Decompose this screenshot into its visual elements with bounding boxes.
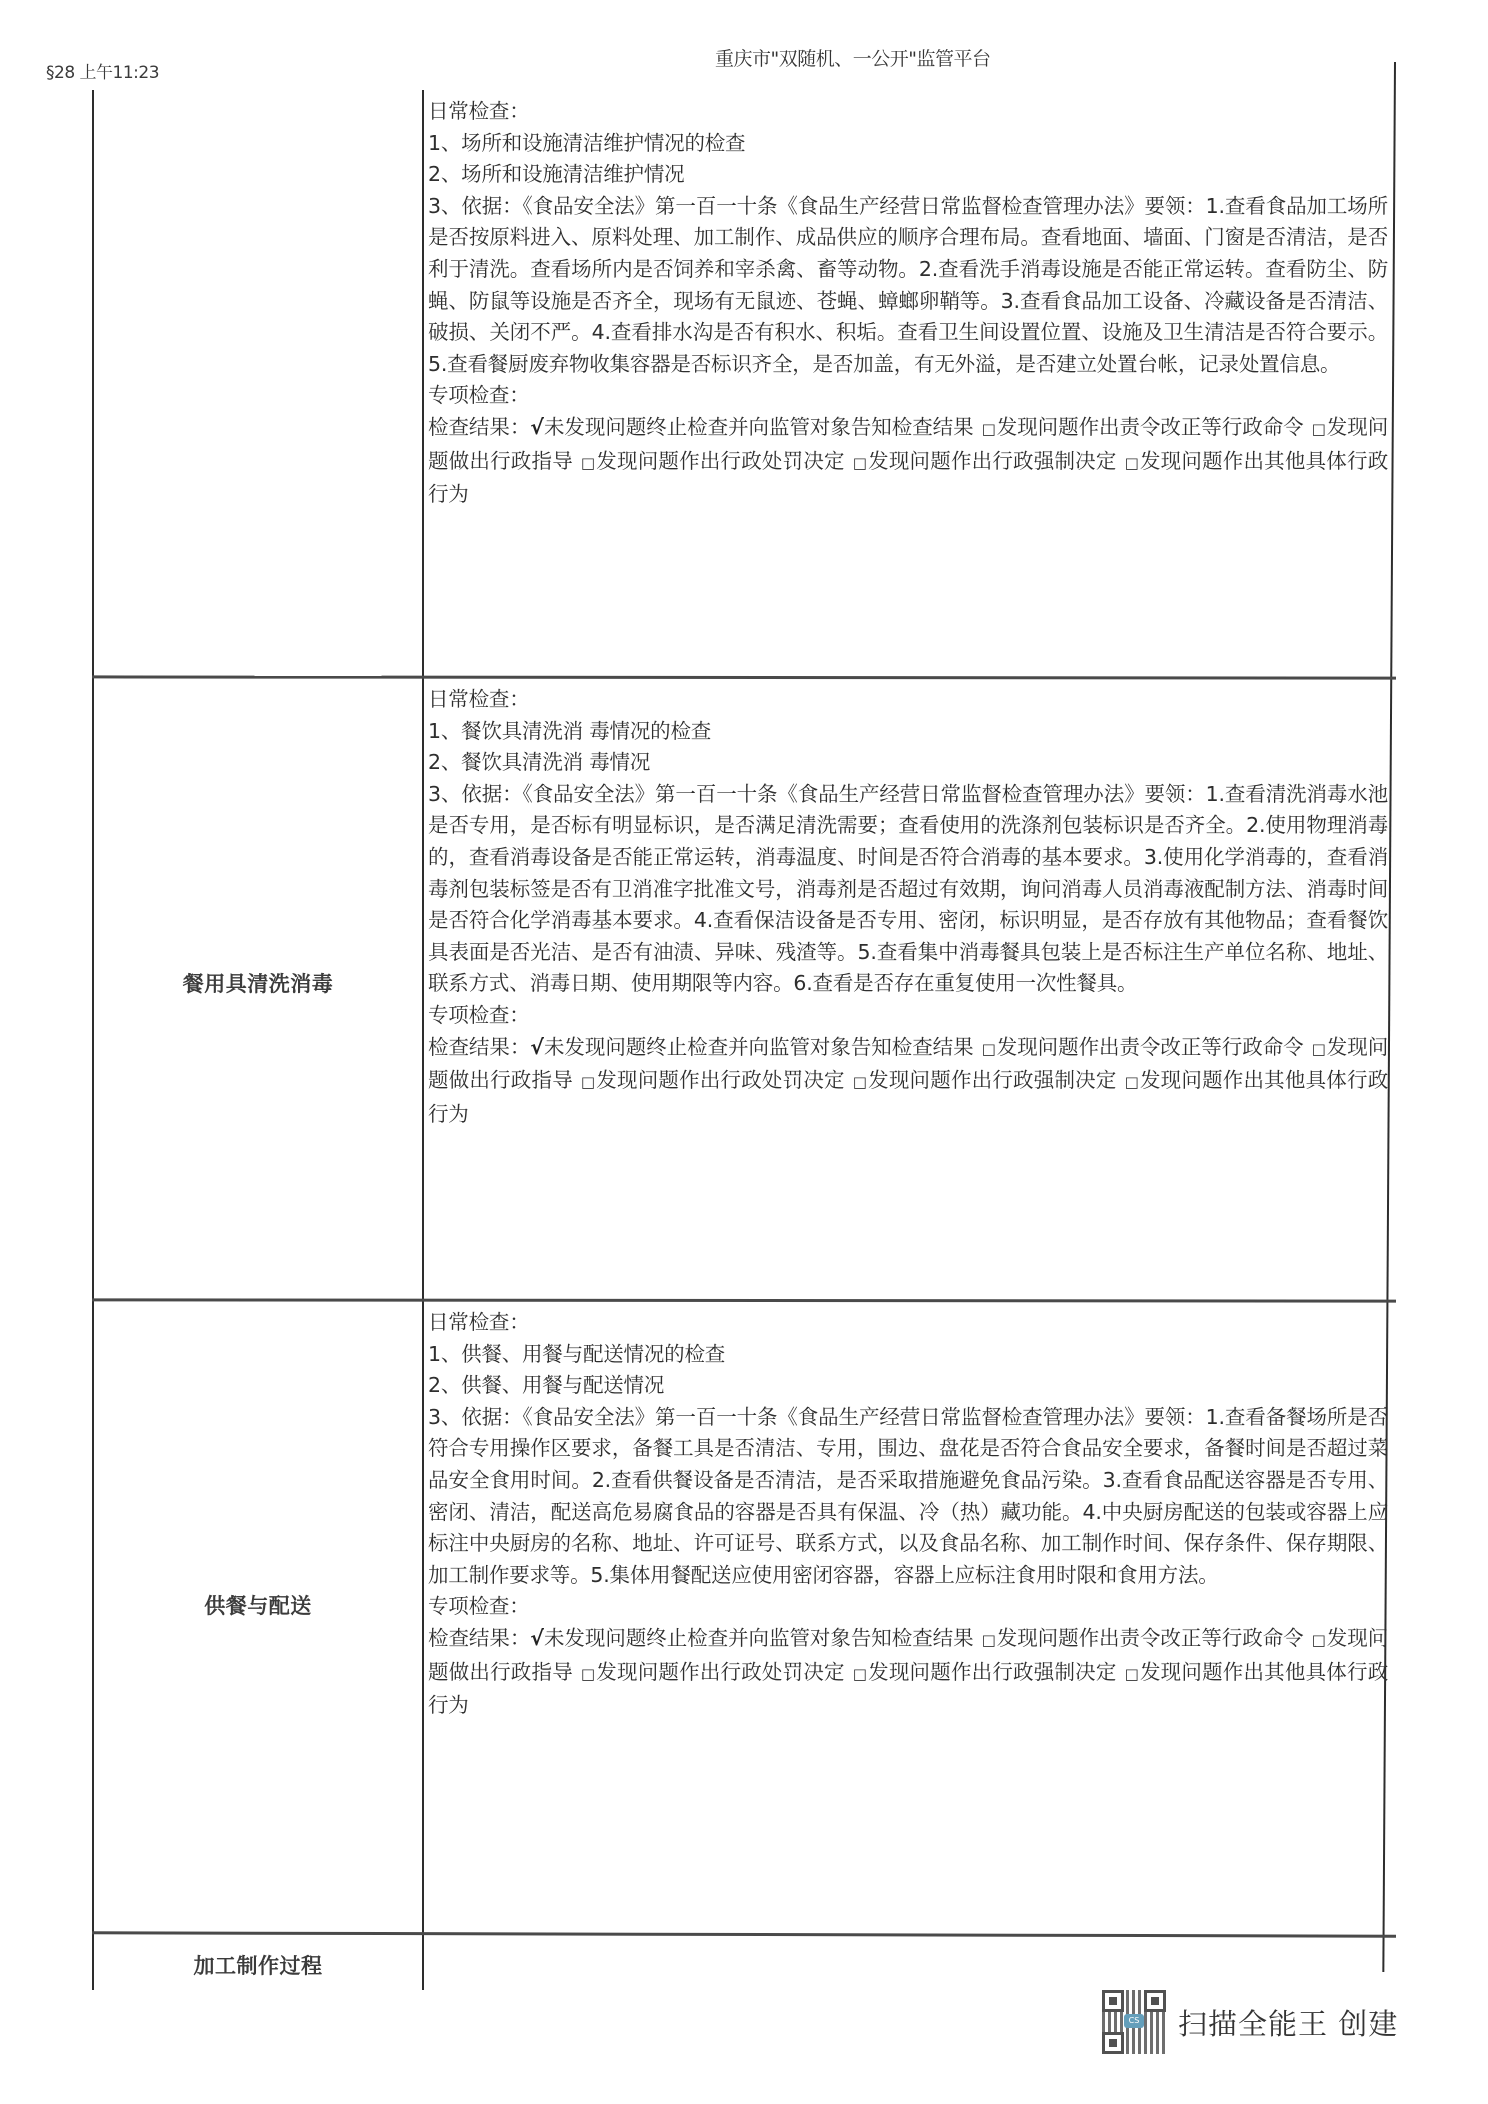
result-option[interactable]: □发现问题作出行政处罚决定: [573, 1660, 845, 1684]
row-label: 加工制作过程: [94, 1950, 422, 1980]
check-item: 1、餐饮具清洗消 毒情况的检查: [428, 716, 1388, 748]
checkbox-empty-icon[interactable]: □: [853, 448, 867, 480]
checkbox-empty-icon[interactable]: □: [853, 1659, 867, 1691]
routine-check-heading: 日常检查：: [428, 684, 1388, 716]
camscanner-logo-icon: CS: [1124, 2014, 1144, 2028]
checkbox-checked-icon[interactable]: √: [530, 1626, 543, 1650]
checkbox-empty-icon[interactable]: □: [1125, 1659, 1139, 1691]
checkbox-empty-icon[interactable]: □: [581, 448, 595, 480]
routine-check-heading: 日常检查：: [428, 1307, 1388, 1339]
result-option-label: 发现问题作出责令改正等行政命令: [997, 415, 1304, 439]
result-option-label: 发现问题作出责令改正等行政命令: [997, 1626, 1304, 1650]
checkbox-empty-icon[interactable]: □: [1125, 448, 1139, 480]
table-border-left: [92, 90, 94, 1990]
result-option-label: 未发现问题终止检查并向监管对象告知检查结果: [544, 1035, 974, 1059]
result-option-label: 发现问题作出责令改正等行政命令: [997, 1035, 1304, 1059]
check-basis: 3、依据：《食品安全法》第一百一十条《食品生产经营日常监督检查管理办法》要领：1…: [428, 779, 1388, 1000]
result-label: 检查结果：: [428, 415, 530, 439]
row-content: 日常检查：1、场所和设施清洁维护情况的检查2、场所和设施清洁维护情况3、依据：《…: [428, 96, 1388, 511]
result-label: 检查结果：: [428, 1035, 530, 1059]
result-option[interactable]: □发现问题作出责令改正等行政命令: [974, 415, 1304, 439]
table-column-divider: [422, 90, 424, 1990]
checkbox-empty-icon[interactable]: □: [853, 1067, 867, 1099]
inspection-table: 日常检查：1、场所和设施清洁维护情况的检查2、场所和设施清洁维护情况3、依据：《…: [92, 90, 1488, 1990]
check-item: 2、餐饮具清洗消 毒情况: [428, 747, 1388, 779]
qr-code-icon: CS: [1102, 1990, 1166, 2054]
checkbox-empty-icon[interactable]: □: [982, 414, 996, 446]
checkbox-empty-icon[interactable]: □: [1312, 1625, 1326, 1657]
result-option[interactable]: □发现问题作出行政处罚决定: [573, 449, 845, 473]
row-divider: [92, 1298, 1396, 1302]
checkbox-empty-icon[interactable]: □: [581, 1659, 595, 1691]
inspection-result: 检查结果：√未发现问题终止检查并向监管对象告知检查结果□发现问题作出责令改正等行…: [428, 1623, 1388, 1722]
special-check-heading: 专项检查：: [428, 380, 1388, 412]
result-option-label: 发现问题作出行政强制决定: [868, 1068, 1117, 1092]
check-item: 1、场所和设施清洁维护情况的检查: [428, 128, 1388, 160]
checkbox-checked-icon[interactable]: √: [530, 1035, 543, 1059]
result-option-label: 未发现问题终止检查并向监管对象告知检查结果: [544, 1626, 974, 1650]
check-item: 1、供餐、用餐与配送情况的检查: [428, 1339, 1388, 1371]
row-label: 供餐与配送: [94, 1590, 422, 1620]
special-check-heading: 专项检查：: [428, 1591, 1388, 1623]
routine-check-heading: 日常检查：: [428, 96, 1388, 128]
row-content: 日常检查：1、餐饮具清洗消 毒情况的检查2、餐饮具清洗消 毒情况3、依据：《食品…: [428, 684, 1388, 1130]
check-basis: 3、依据：《食品安全法》第一百一十条《食品生产经营日常监督检查管理办法》要领：1…: [428, 191, 1388, 381]
checkbox-empty-icon[interactable]: □: [1312, 414, 1326, 446]
checkbox-empty-icon[interactable]: □: [982, 1034, 996, 1066]
check-item: 2、场所和设施清洁维护情况: [428, 159, 1388, 191]
row-content: 日常检查：1、供餐、用餐与配送情况的检查2、供餐、用餐与配送情况3、依据：《食品…: [428, 1307, 1388, 1722]
result-option[interactable]: √未发现问题终止检查并向监管对象告知检查结果: [530, 1626, 973, 1650]
result-option[interactable]: √未发现问题终止检查并向监管对象告知检查结果: [530, 415, 973, 439]
result-option[interactable]: □发现问题作出责令改正等行政命令: [974, 1626, 1304, 1650]
result-option[interactable]: □发现问题作出行政强制决定: [845, 449, 1117, 473]
result-option[interactable]: □发现问题作出责令改正等行政命令: [974, 1035, 1304, 1059]
row-label: 餐用具清洗消毒: [94, 968, 422, 998]
result-option-label: 发现问题作出行政处罚决定: [596, 449, 845, 473]
page-title: 重庆市"双随机、一公开"监管平台: [715, 44, 990, 71]
watermark-text: 扫描全能王 创建: [1178, 2002, 1398, 2043]
special-check-heading: 专项检查：: [428, 1000, 1388, 1032]
result-option[interactable]: □发现问题作出行政处罚决定: [573, 1068, 845, 1092]
result-option[interactable]: □发现问题作出行政强制决定: [845, 1068, 1117, 1092]
check-basis: 3、依据：《食品安全法》第一百一十条《食品生产经营日常监督检查管理办法》要领：1…: [428, 1402, 1388, 1592]
result-option-label: 发现问题作出行政处罚决定: [596, 1660, 845, 1684]
result-option-label: 发现问题作出行政强制决定: [868, 449, 1117, 473]
checkbox-checked-icon[interactable]: √: [530, 415, 543, 439]
result-option[interactable]: □发现问题作出行政强制决定: [845, 1660, 1117, 1684]
checkbox-empty-icon[interactable]: □: [1125, 1067, 1139, 1099]
result-option-label: 未发现问题终止检查并向监管对象告知检查结果: [544, 415, 974, 439]
checkbox-empty-icon[interactable]: □: [581, 1067, 595, 1099]
result-label: 检查结果：: [428, 1626, 530, 1650]
checkbox-empty-icon[interactable]: □: [1312, 1034, 1326, 1066]
result-option[interactable]: √未发现问题终止检查并向监管对象告知检查结果: [530, 1035, 973, 1059]
print-timestamp: §28 上午11:23: [46, 58, 159, 83]
result-option-label: 发现问题作出行政强制决定: [868, 1660, 1117, 1684]
row-divider: [92, 1931, 1396, 1937]
result-option-label: 发现问题作出行政处罚决定: [596, 1068, 845, 1092]
check-item: 2、供餐、用餐与配送情况: [428, 1370, 1388, 1402]
checkbox-empty-icon[interactable]: □: [982, 1625, 996, 1657]
row-divider: [92, 675, 1396, 679]
inspection-result: 检查结果：√未发现问题终止检查并向监管对象告知检查结果□发现问题作出责令改正等行…: [428, 1032, 1388, 1131]
scanner-watermark: CS 扫描全能王 创建: [1102, 1990, 1398, 2054]
inspection-result: 检查结果：√未发现问题终止检查并向监管对象告知检查结果□发现问题作出责令改正等行…: [428, 412, 1388, 511]
